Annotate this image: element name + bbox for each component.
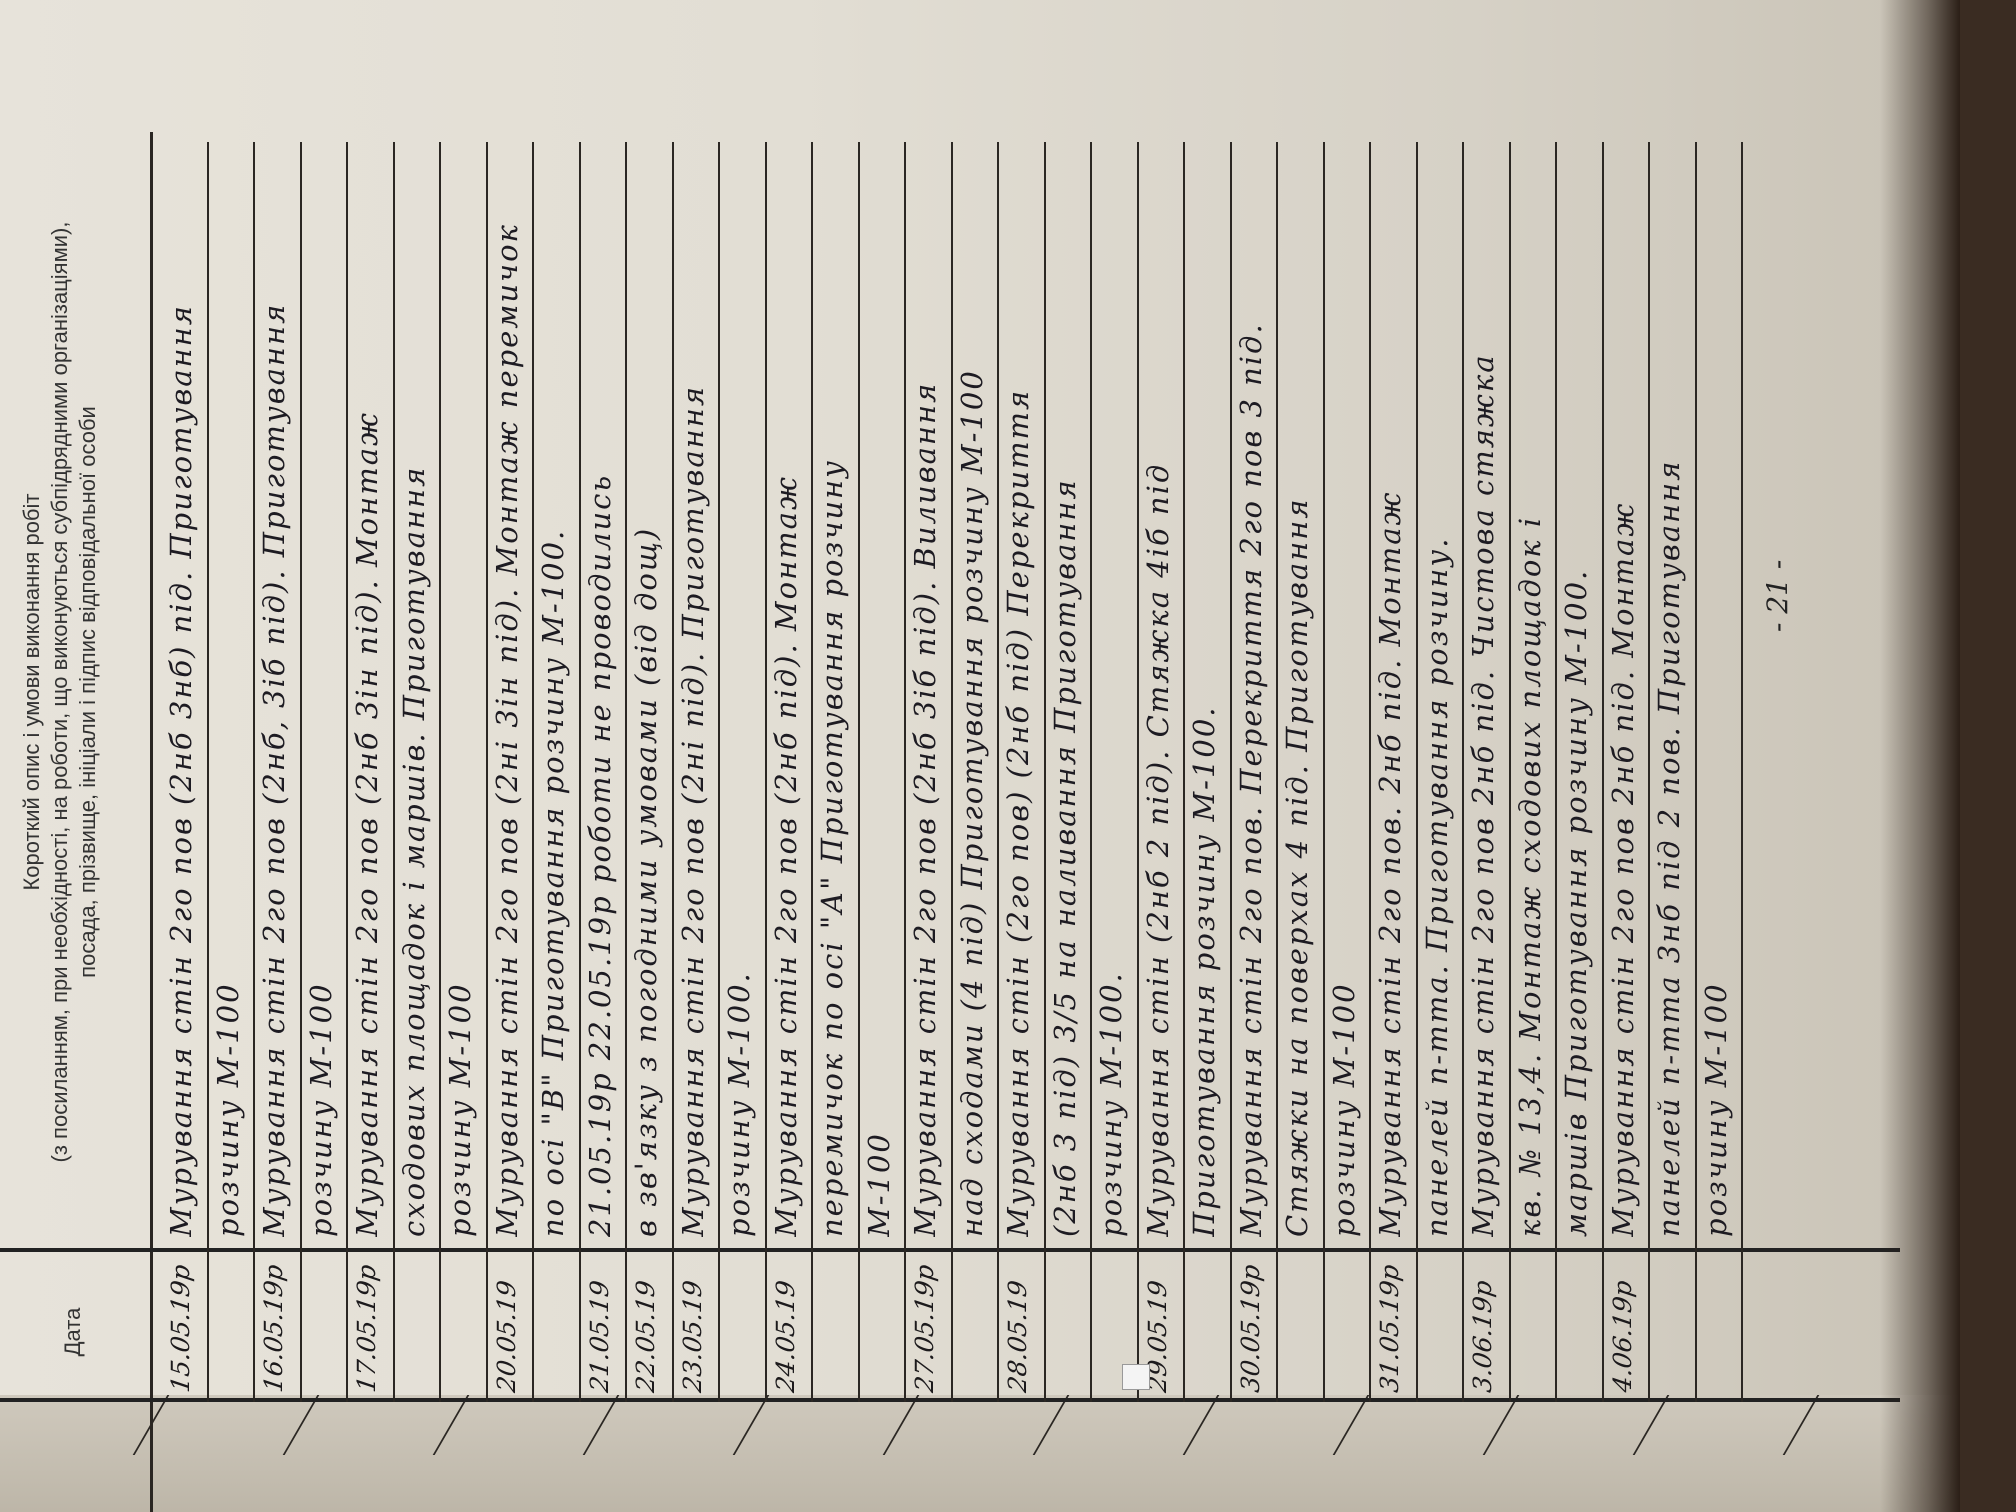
entry-text-line: Мурування стін 2го пов. 2нб під. Монтаж: [1373, 147, 1407, 1237]
ruled-line: [904, 142, 906, 1402]
entry-text-line: розчину М-100: [443, 147, 477, 1237]
entry-date: 15.05.19р: [166, 1250, 195, 1394]
entry-date: 16.05.19р: [259, 1250, 288, 1394]
ruled-line: [1462, 142, 1464, 1402]
entry-date: 3.06.19р: [1468, 1250, 1497, 1394]
entry-text-line: Мурування стін (2го пов) (2нб під) Перек…: [1001, 147, 1035, 1237]
entry-text-line: сходових площадок і маршів. Приготування: [397, 147, 431, 1237]
entry-text-line: Мурування стін 2го пов (2ні під). Пригот…: [676, 147, 710, 1237]
ruled-line: [1276, 142, 1278, 1402]
entry-text-line: Мурування стін 2го пов (2нб 3ін під). Мо…: [350, 147, 384, 1237]
date-column-header: Дата: [60, 1267, 86, 1397]
entry-text-line: розчину М-100: [304, 147, 338, 1237]
page-number: - 21 -: [1761, 560, 1794, 632]
entry-text-line: Мурування стін 2го пов 2нб під. Монтаж: [1606, 147, 1640, 1237]
ruled-line: [1369, 142, 1371, 1402]
entry-text-line: панелей п-тта 3нб під 2 пов. Приготуванн…: [1652, 147, 1686, 1237]
ruled-line: [393, 142, 395, 1402]
entry-text-line: 21.05.19р 22.05.19р роботи не проводилис…: [583, 147, 617, 1237]
entry-text-line: Мурування стін 2го пов (2нб, 3іб під). П…: [257, 147, 291, 1237]
entry-date: 23.05.19: [678, 1250, 707, 1394]
ruled-line: [1230, 142, 1232, 1402]
entry-date: 4.06.19р: [1608, 1250, 1637, 1394]
ruled-line: [1741, 142, 1743, 1402]
ruled-line: [1509, 142, 1511, 1402]
entry-date: 20.05.19: [492, 1250, 521, 1394]
entry-date: 24.05.19: [771, 1250, 800, 1394]
header-line: посада, прізвище, ініціали і підпис відп…: [74, 152, 102, 1232]
ruled-line: [997, 142, 999, 1402]
entry-date: 21.05.19: [585, 1250, 614, 1394]
entry-date: 22.05.19: [631, 1250, 660, 1394]
table-header: Дата Короткий опис і умови виконання роб…: [0, 132, 153, 1512]
header-line: (з посиланням, при необхідності, на робо…: [46, 152, 74, 1232]
entry-text-line: Мурування стін 2го пов (2нб 3нб) під. Пр…: [164, 147, 198, 1237]
ruled-line: [207, 142, 209, 1402]
ruled-line: [300, 142, 302, 1402]
entry-text-line: Стяжки на поверхах 4 під. Приготування: [1280, 147, 1314, 1237]
entry-text-line: розчину М-100: [1327, 147, 1361, 1237]
entry-text-line: Мурування стін 2го пов (2нб під). Монтаж: [769, 147, 803, 1237]
book-spine-shadow: [1880, 0, 1960, 1512]
ruled-line: [672, 142, 674, 1402]
ruled-line: [1555, 142, 1557, 1402]
entry-text-line: панелей п-тта. Приготування розчину.: [1420, 147, 1454, 1237]
page-marker-tab: [1122, 1364, 1150, 1390]
entry-text-line: розчину М-100: [211, 147, 245, 1237]
ruled-line: [1183, 142, 1185, 1402]
entry-date: 17.05.19р: [352, 1250, 381, 1394]
ruled-line: [951, 142, 953, 1402]
ruled-line: [486, 142, 488, 1402]
ruled-line: [1090, 142, 1092, 1402]
entry-date: 31.05.19р: [1375, 1250, 1404, 1394]
ruled-line: [1137, 142, 1139, 1402]
entry-text-line: М-100: [862, 147, 896, 1237]
description-column-header: Короткий опис і умови виконання робіт (з…: [18, 152, 102, 1232]
entry-date: 28.05.19: [1003, 1250, 1032, 1394]
ruled-line: [1648, 142, 1650, 1402]
entry-text-line: розчину М-100: [1699, 147, 1733, 1237]
entry-text-line: Мурування стін 2го пов (2ні 3ін під). Мо…: [490, 147, 524, 1237]
ruled-line: [765, 142, 767, 1402]
entry-text-line: маршів Приготування розчину М-100.: [1559, 147, 1593, 1237]
entry-text-line: Мурування стін 2го пов. Перекриття 2го п…: [1234, 147, 1268, 1237]
header-line: Короткий опис і умови виконання робіт: [18, 152, 46, 1232]
entry-text-line: розчину М-100.: [722, 147, 756, 1237]
logbook-page: Дата Короткий опис і умови виконання роб…: [0, 0, 1960, 1512]
ruled-line: [625, 142, 627, 1402]
ruled-line: [811, 142, 813, 1402]
entry-text-line: в зв'язку з погодними умовами (від дощ): [629, 147, 663, 1237]
rotated-log-table: Дата Короткий опис і умови виконання роб…: [0, 132, 1900, 1512]
ruled-line: [579, 142, 581, 1402]
ruled-line: [346, 142, 348, 1402]
ruled-line: [532, 142, 534, 1402]
entry-text-line: Мурування стін 2го пов 2нб під. Чистова …: [1466, 147, 1500, 1237]
entry-text-line: розчину М-100.: [1094, 147, 1128, 1237]
ruled-line: [1323, 142, 1325, 1402]
entry-date: 27.05.19р: [910, 1250, 939, 1394]
entry-text-line: Приготування розчину М-100.: [1187, 147, 1221, 1237]
entry-text-line: перемичок по осі "А" Приготування розчин…: [815, 147, 849, 1237]
ruled-line: [1602, 142, 1604, 1402]
ruled-line: [1416, 142, 1418, 1402]
entry-date: 30.05.19р: [1236, 1250, 1265, 1394]
ruled-line: [718, 142, 720, 1402]
ruled-line: [253, 142, 255, 1402]
entry-text-line: кв. № 13,4. Монтаж сходових площадок і: [1513, 147, 1547, 1237]
ruled-line: [1044, 142, 1046, 1402]
entry-text-line: (2нб 3 під) 3/5 на наливання Приготуванн…: [1048, 147, 1082, 1237]
entry-text-line: Мурування стін 2го пов (2нб 3іб під). Ви…: [908, 147, 942, 1237]
entry-text-line: над сходами (4 під) Приготування розчину…: [955, 147, 989, 1237]
entry-text-line: по осі "В" Приготування розчину М-100.: [536, 147, 570, 1237]
ruled-line: [439, 142, 441, 1402]
ruled-line: [1695, 142, 1697, 1402]
entry-text-line: Мурування стін (2нб 2 під). Стяжка 4іб п…: [1141, 147, 1175, 1237]
ruled-line: [858, 142, 860, 1402]
